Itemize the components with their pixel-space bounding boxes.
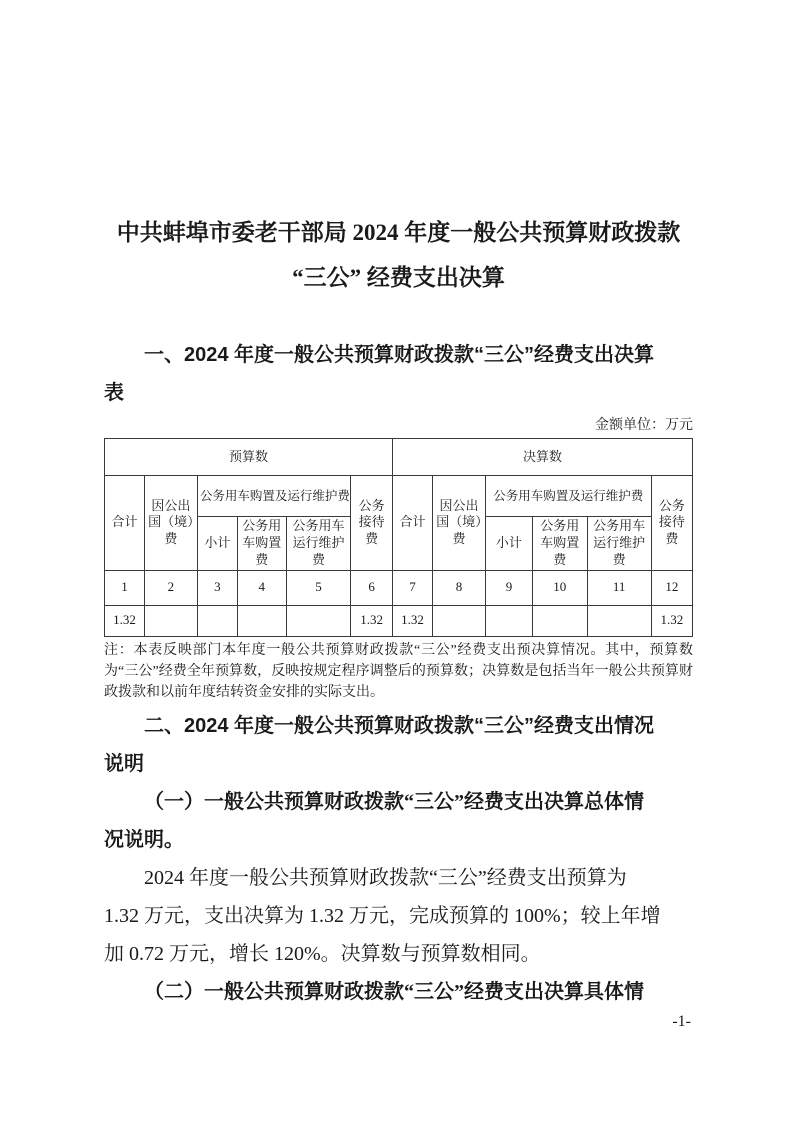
value-cell: 1.32 — [105, 605, 145, 636]
col-index: 11 — [587, 570, 651, 605]
table-row: 合计 因公出国（境）费 公务用车购置及运行维护费 公务接待费 合计 因公出国（境… — [105, 476, 693, 517]
section-1-heading-line-1: 一、2024 年度一般公共预算财政拨款“三公”经费支出决算 — [104, 336, 693, 374]
value-cell — [433, 605, 486, 636]
subsection-2-line-1: （二）一般公共预算财政拨款“三公”经费支出决算具体情 — [104, 973, 693, 1011]
budget-abroad-header: 因公出国（境）费 — [144, 476, 197, 571]
paragraph-1-line-2: 1.32 万元，支出决算为 1.32 万元，完成预算的 100%；较上年增 — [104, 897, 693, 935]
budget-reception-header: 公务接待费 — [351, 476, 393, 571]
section-2-heading-line-2: 说明 — [104, 745, 693, 783]
value-cell — [532, 605, 587, 636]
section-1-heading: 一、2024 年度一般公共预算财政拨款“三公”经费支出决算 表 — [104, 336, 693, 412]
col-index: 6 — [351, 570, 393, 605]
col-index: 1 — [105, 570, 145, 605]
final-maintain-header: 公务用车运行维护费 — [587, 517, 651, 571]
final-subtotal-header: 小计 — [485, 517, 532, 571]
paragraph-1-line-1: 2024 年度一般公共预算财政拨款“三公”经费支出预算为 — [104, 859, 693, 897]
paragraph-1: 2024 年度一般公共预算财政拨款“三公”经费支出预算为 1.32 万元，支出决… — [104, 859, 693, 973]
col-index: 8 — [433, 570, 486, 605]
subsection-1-line-1: （一）一般公共预算财政拨款“三公”经费支出决算总体情 — [104, 783, 693, 821]
budget-maintain-header: 公务用车运行维护费 — [286, 517, 351, 571]
title-line-1: 中共蚌埠市委老干部局 2024 年度一般公共预算财政拨款 — [104, 210, 693, 255]
budget-group-header: 预算数 — [105, 439, 393, 476]
value-cell: 1.32 — [651, 605, 692, 636]
section-1-heading-line-2: 表 — [104, 374, 693, 412]
col-index: 12 — [651, 570, 692, 605]
final-total-header: 合计 — [393, 476, 433, 571]
final-reception-header: 公务接待费 — [651, 476, 692, 571]
value-cell: 1.32 — [393, 605, 433, 636]
col-index: 3 — [197, 570, 237, 605]
value-cell — [286, 605, 351, 636]
column-index-row: 1 2 3 4 5 6 7 8 9 10 11 12 — [105, 570, 693, 605]
value-cell — [144, 605, 197, 636]
page-number: -1- — [104, 1011, 693, 1033]
budget-purchase-header: 公务用车购置费 — [237, 517, 286, 571]
col-index: 2 — [144, 570, 197, 605]
document-page: 中共蚌埠市委老干部局 2024 年度一般公共预算财政拨款 “三公” 经费支出决算… — [0, 0, 793, 1122]
final-vehicle-header: 公务用车购置及运行维护费 — [485, 476, 651, 517]
final-group-header: 决算数 — [393, 439, 693, 476]
value-cell — [237, 605, 286, 636]
col-index: 10 — [532, 570, 587, 605]
col-index: 9 — [485, 570, 532, 605]
value-cell: 1.32 — [351, 605, 393, 636]
value-cell — [485, 605, 532, 636]
subsection-1-heading: （一）一般公共预算财政拨款“三公”经费支出决算总体情 况说明。 — [104, 783, 693, 859]
value-cell — [197, 605, 237, 636]
final-purchase-header: 公务用车购置费 — [532, 517, 587, 571]
three-public-expense-table: 预算数 决算数 合计 因公出国（境）费 公务用车购置及运行维护费 公务接待费 合… — [104, 438, 693, 637]
budget-total-header: 合计 — [105, 476, 145, 571]
table-note: 注：本表反映部门本年度一般公共预算财政拨款“三公”经费支出预决算情况。其中，预算… — [104, 640, 693, 703]
section-2-heading: 二、2024 年度一般公共预算财政拨款“三公”经费支出情况 说明 — [104, 707, 693, 783]
subsection-1-line-2: 况说明。 — [104, 821, 693, 859]
table-row: 预算数 决算数 — [105, 439, 693, 476]
col-index: 7 — [393, 570, 433, 605]
col-index: 5 — [286, 570, 351, 605]
value-row: 1.32 1.32 1.32 1.32 — [105, 605, 693, 636]
amount-unit-label: 金额单位：万元 — [104, 416, 693, 436]
title-line-2: “三公” 经费支出决算 — [104, 255, 693, 300]
budget-vehicle-header: 公务用车购置及运行维护费 — [197, 476, 350, 517]
paragraph-1-line-3: 加 0.72 万元，增长 120%。决算数与预算数相同。 — [104, 935, 693, 973]
col-index: 4 — [237, 570, 286, 605]
section-2-heading-line-1: 二、2024 年度一般公共预算财政拨款“三公”经费支出情况 — [104, 707, 693, 745]
subsection-2-heading: （二）一般公共预算财政拨款“三公”经费支出决算具体情 — [104, 973, 693, 1011]
value-cell — [587, 605, 651, 636]
budget-subtotal-header: 小计 — [197, 517, 237, 571]
document-title: 中共蚌埠市委老干部局 2024 年度一般公共预算财政拨款 “三公” 经费支出决算 — [104, 210, 693, 300]
final-abroad-header: 因公出国（境）费 — [433, 476, 486, 571]
